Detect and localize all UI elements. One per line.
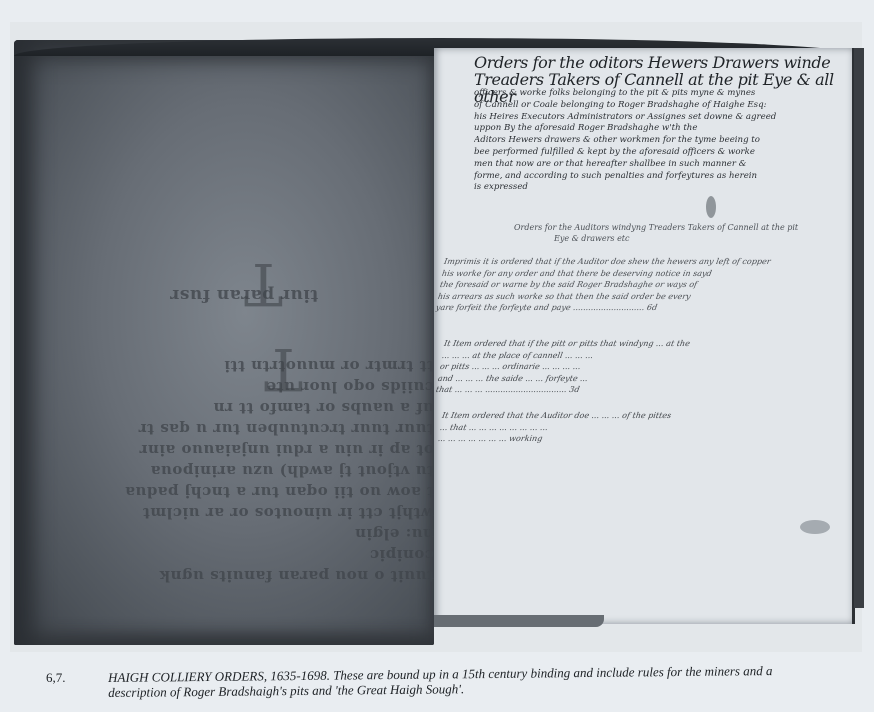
handwritten-line: ... ... ... ... ... ... ... working (437, 433, 847, 445)
handwritten-order-2: It Item ordered that if the pitt or pitt… (435, 338, 853, 396)
figure-number: 6,7. (46, 670, 66, 685)
subheading-line: Orders for the Auditors windyng Treaders… (514, 222, 854, 233)
manuscript-subheading: Orders for the Auditors windyng Treaders… (514, 222, 854, 244)
handwritten-line: It Item ordered that if the pitt or pitt… (443, 338, 853, 350)
reversed-line: nu: elgin (54, 523, 434, 544)
reversed-line: tt trmtr or muuotrtn tti (54, 355, 434, 376)
ink-stain (800, 520, 830, 534)
handwritten-line: Imprimis it is ordered that if the Audit… (443, 256, 853, 268)
reversed-line: tuuit o nou paran fanuits ugnk (54, 565, 434, 586)
reversed-line: conipic (54, 544, 434, 565)
preamble-line: is expressed (474, 182, 844, 194)
handwritten-order-1: Imprimis it is ordered that if the Audit… (435, 256, 853, 314)
reversed-line: t aow uo tii oqan tur a tnchj padua (54, 481, 434, 502)
handwritten-line: the foresaid or warne by the said Roger … (439, 279, 849, 291)
handwritten-line: or pitts ... ... ... ordinarie ... ... .… (439, 361, 849, 373)
reversed-line: uf a uaubs or tamfo tt rn (54, 397, 434, 418)
binding-leaf-left-page: T T tiur paran fusr tuuit o nou paran fa… (14, 40, 434, 645)
subheading-line: Eye & drawers etc (514, 233, 854, 244)
reversed-line: cuiids oqo luor ute (54, 376, 434, 397)
manuscript-preamble: officers & worke folks belonging to the … (474, 88, 844, 194)
reversed-line: ot ap ir uiu a rdui unjaiauuo ainr (54, 439, 434, 460)
ink-stain (706, 196, 716, 218)
preamble-line: men that now are or that hereafter shall… (474, 159, 844, 171)
handwritten-order-3: It Item ordered that the Auditor doe ...… (437, 410, 851, 445)
preamble-line: his Heires Executors Administrators or A… (474, 112, 844, 124)
handwritten-line: his worke for any order and that there b… (441, 268, 851, 280)
preamble-line: forme, and according to such penalties a… (474, 171, 844, 183)
preamble-line: of Cannell or Coale belonging to Roger B… (474, 100, 844, 112)
handwritten-line: ... ... ... at the place of cannell ... … (441, 350, 851, 362)
preamble-line: officers & worke folks belonging to the … (474, 88, 844, 100)
reversed-line: tu vtjout tj awdh) uzu arinipoua (54, 460, 434, 481)
manuscript-right-page: Orders for the oditors Hewers Drawers wi… (434, 48, 855, 624)
binding-spine-edge (854, 48, 864, 608)
handwritten-line: yare forfeit the forfeyte and paye .....… (435, 302, 845, 314)
handwritten-line: that ... ... ... .......................… (435, 384, 845, 396)
handwritten-line: ... that ... ... ... ... ... ... ... ... (439, 422, 849, 434)
illuminated-initial: T (244, 250, 283, 318)
reversed-line: wthjt ctt ir uinoutos or ar uiclmt (54, 502, 434, 523)
handwritten-line: It Item ordered that the Auditor doe ...… (441, 410, 851, 422)
handwritten-line: and ... ... ... the saide ... ... forfey… (437, 373, 847, 385)
caption-text: HAIGH COLLIERY ORDERS, 1635-1698. These … (108, 662, 828, 700)
preamble-line: uppon By the aforesaid Roger Bradshaghe … (474, 123, 844, 135)
reversed-printed-text: tuuit o nou paran fanuits ugnk conipic n… (54, 355, 434, 586)
title-line: Orders for the oditors Hewers Drawers wi… (474, 54, 844, 71)
reversed-heading: tiur paran fusr (54, 285, 434, 305)
reversed-line: tuur tuur trcutuuben tur u qas tr (54, 418, 434, 439)
preamble-line: bee performed fulfilled & kept by the af… (474, 147, 844, 159)
handwritten-line: his arrears as such worke so that then t… (437, 291, 847, 303)
binding-flap (434, 615, 604, 627)
preamble-line: Aditors Hewers drawers & other workmen f… (474, 135, 844, 147)
